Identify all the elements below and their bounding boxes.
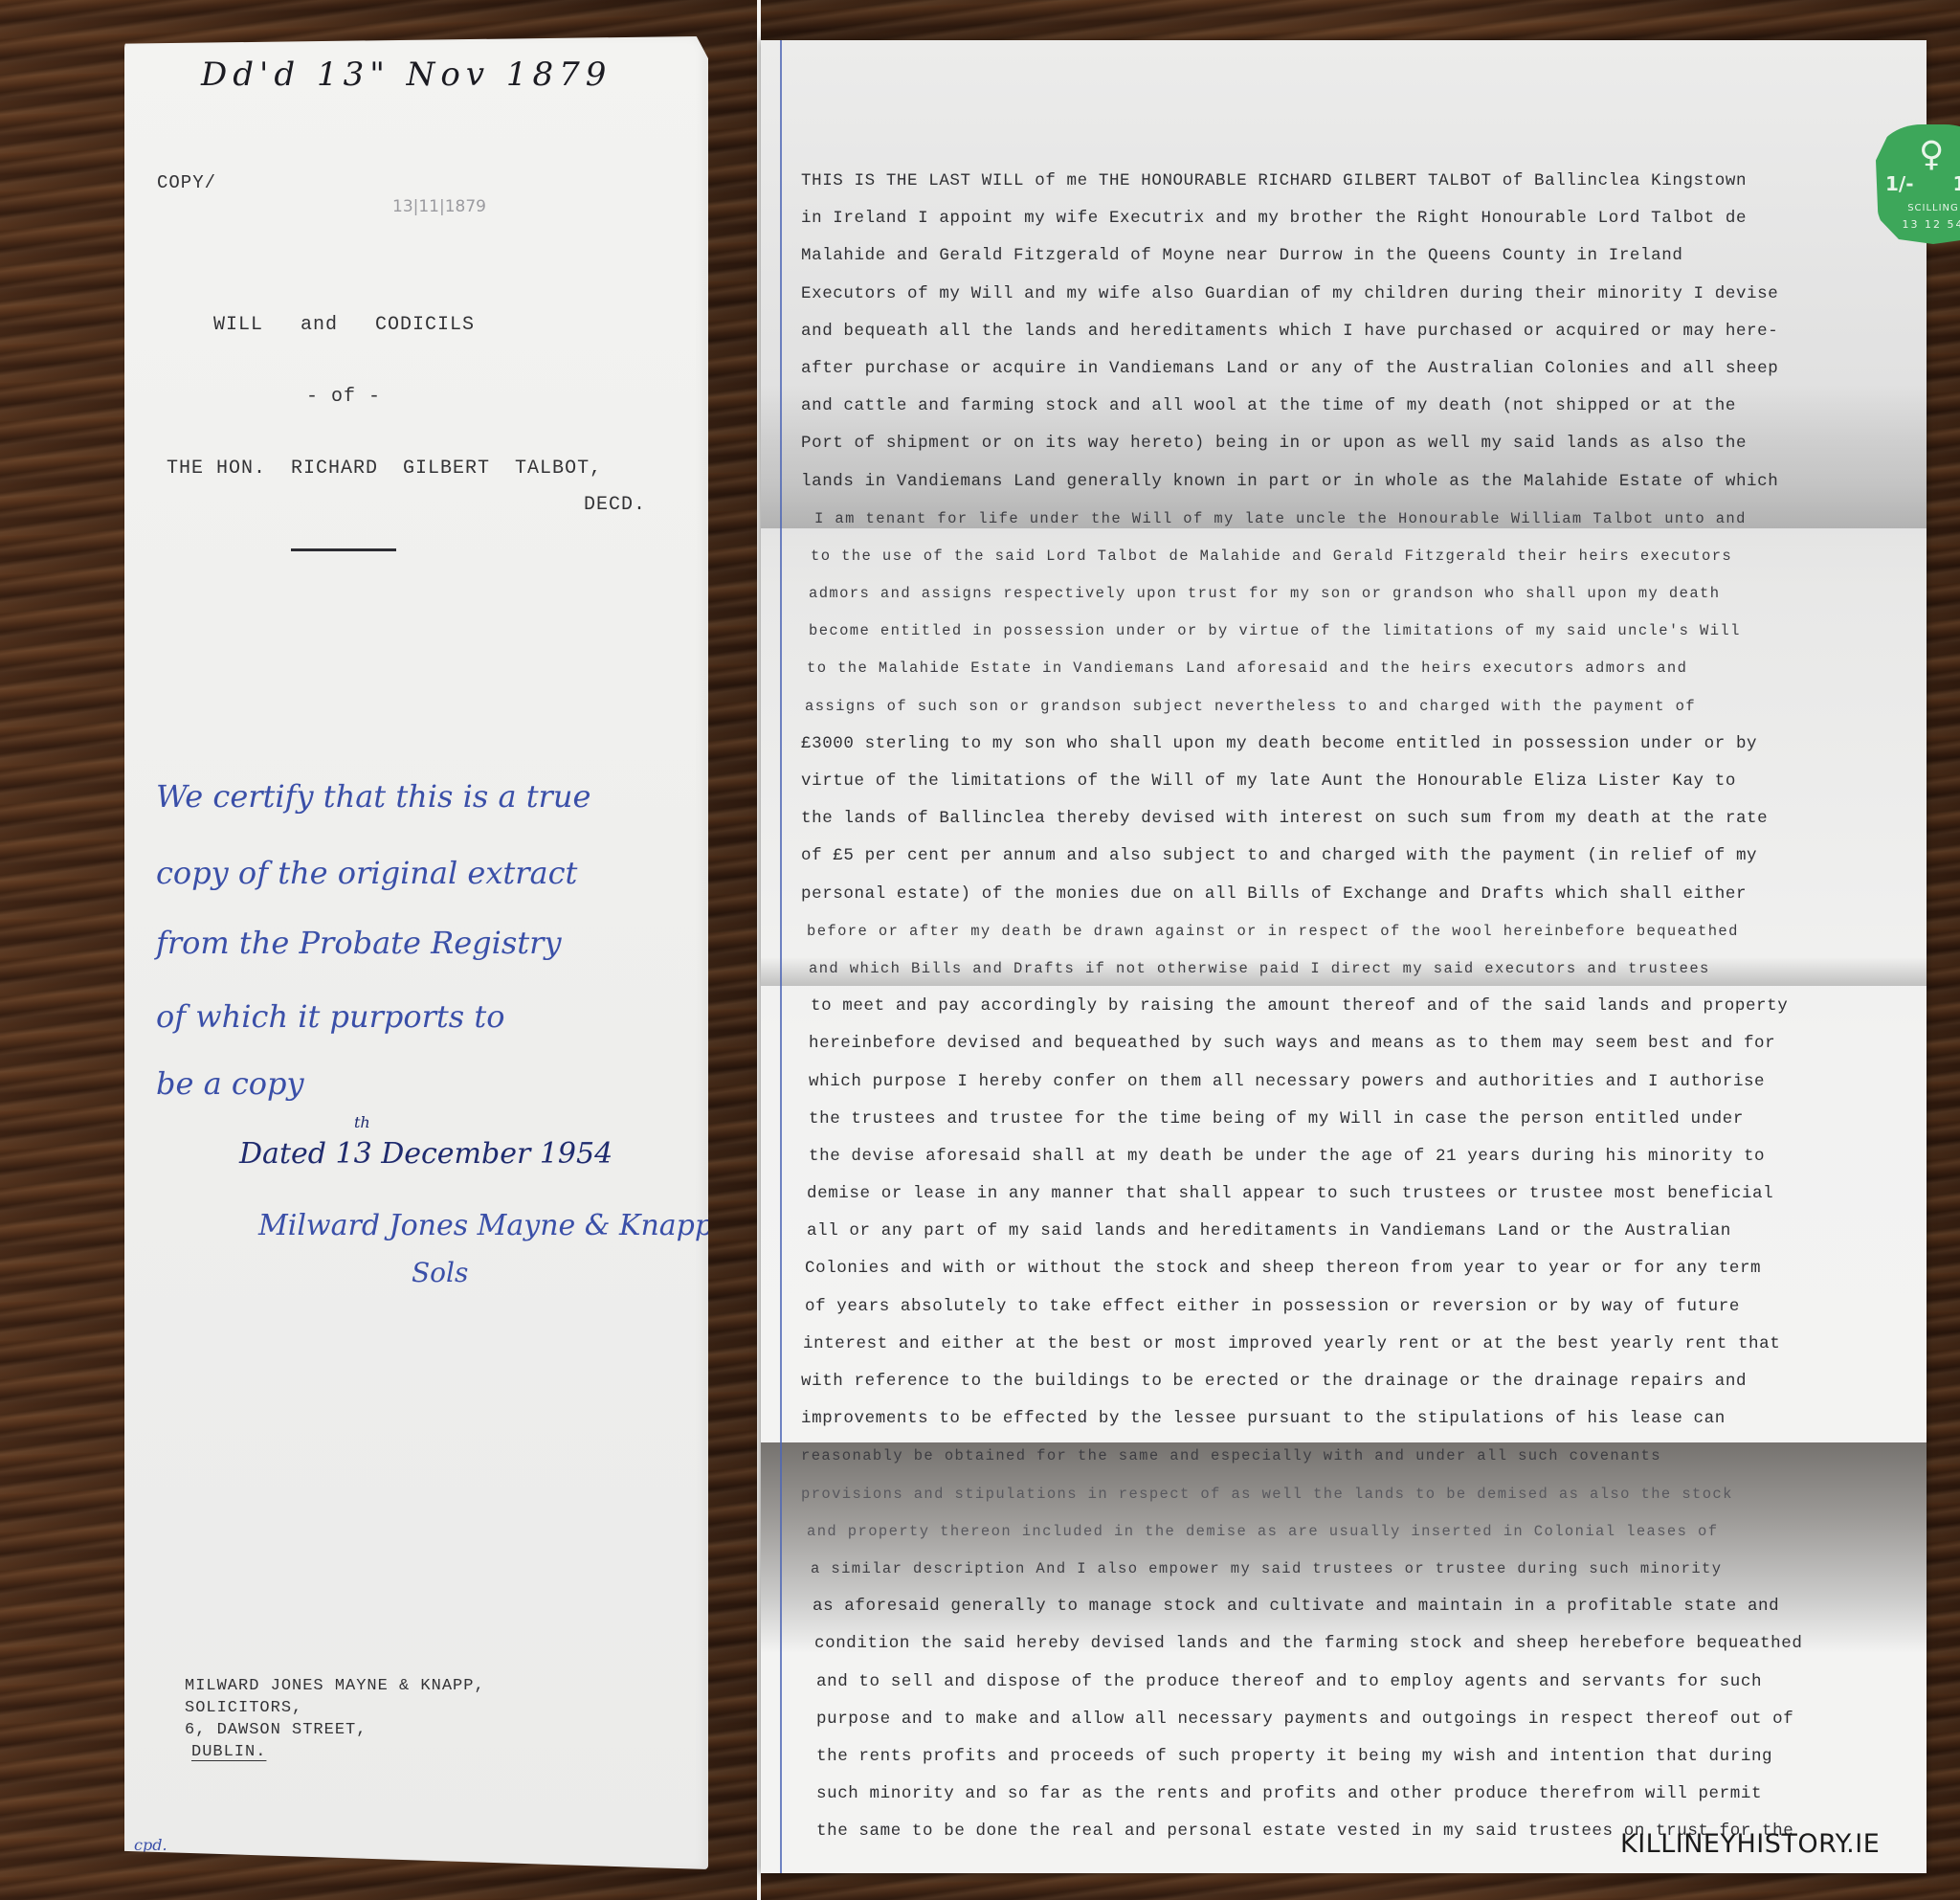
will-text-line: of years absolutely to take effect eithe… [801, 1288, 1902, 1326]
handwritten-date: Dd'd 13" Nov 1879 [201, 56, 612, 94]
title-testator-name: THE HON. RICHARD GILBERT TALBOT, [167, 458, 602, 480]
will-text-line: a similar description And I also empower… [801, 1551, 1902, 1588]
will-text-line: lands in Vandiemans Land generally known… [801, 463, 1902, 501]
will-text-line: all or any part of my said lands and her… [801, 1213, 1902, 1250]
solicitor-address-line: 6, DAWSON STREET, [185, 1721, 367, 1739]
will-text-line: and property thereon included in the dem… [801, 1513, 1902, 1551]
will-text-line: with reference to the buildings to be er… [801, 1363, 1902, 1400]
will-text-line: the trustees and trustee for the time be… [801, 1101, 1902, 1138]
harp-icon: ♀ [1919, 138, 1944, 172]
will-text-line: of £5 per cent per annum and also subjec… [801, 838, 1902, 875]
title-will-and-codicils: WILL and CODICILS [213, 314, 475, 336]
will-text-line: THIS IS THE LAST WILL of me THE HONOURAB… [801, 163, 1902, 200]
will-text-line: and cattle and farming stock and all woo… [801, 388, 1902, 425]
certification-line: We certify that this is a true [156, 778, 590, 815]
revenue-stamp: ♀ 1/- 1/- SCILLING 13 12 54 [1876, 124, 1960, 244]
certification-line: from the Probate Registry [156, 925, 562, 961]
will-text-line: the devise aforesaid shall at my death b… [801, 1138, 1902, 1175]
certification-line: of which it purports to [156, 998, 505, 1035]
will-text-line: reasonably be obtained for the same and … [801, 1438, 1902, 1475]
will-text-line: Colonies and with or without the stock a… [801, 1250, 1902, 1287]
title-of: - of - [306, 386, 381, 408]
will-text-line: before or after my death be drawn agains… [801, 913, 1902, 950]
pencil-date: 13|11|1879 [392, 197, 486, 216]
dated-line: Dated 13 December 1954 [239, 1137, 612, 1171]
will-text-line: hereinbefore devised and bequeathed by s… [801, 1025, 1902, 1062]
will-text-line: provisions and stipulations in respect o… [801, 1476, 1902, 1513]
will-text-line: purpose and to make and allow all necess… [801, 1701, 1902, 1738]
will-text-line: to meet and pay accordingly by raising t… [801, 988, 1902, 1025]
solicitor-address-line: DUBLIN. [191, 1743, 266, 1761]
title-underline [291, 548, 396, 551]
copy-label: COPY/ [157, 172, 216, 193]
signature-suffix: Sols [412, 1257, 468, 1288]
will-text-line: admors and assigns respectively upon tru… [801, 575, 1902, 613]
will-text-line: improvements to be effected by the lesse… [801, 1400, 1902, 1438]
will-text-line: and which Bills and Drafts if not otherw… [801, 950, 1902, 988]
will-text-line: Port of shipment or on its way hereto) b… [801, 425, 1902, 462]
title-deceased: DECD. [584, 494, 646, 516]
will-text-line: and bequeath all the lands and hereditam… [801, 313, 1902, 350]
will-text-line: condition the said hereby devised lands … [801, 1625, 1902, 1663]
will-text-line: the rents profits and proceeds of such p… [801, 1738, 1902, 1776]
will-text-line: to the use of the said Lord Talbot de Ma… [801, 538, 1902, 575]
will-text-line: I am tenant for life under the Will of m… [801, 501, 1902, 538]
will-text-line: such minority and so far as the rents an… [801, 1776, 1902, 1813]
will-text-line: after purchase or acquire in Vandiemans … [801, 350, 1902, 388]
will-text-line: become entitled in possession under or b… [801, 613, 1902, 650]
certification-line: be a copy [156, 1065, 304, 1102]
will-text-line: virtue of the limitations of the Will of… [801, 763, 1902, 800]
will-text-line: as aforesaid generally to manage stock a… [801, 1588, 1902, 1625]
will-text-line: £3000 sterling to my son who shall upon … [801, 726, 1902, 763]
will-text-line: demise or lease in any manner that shall… [801, 1175, 1902, 1213]
will-text: THIS IS THE LAST WILL of me THE HONOURAB… [801, 163, 1902, 1850]
site-watermark: KILLINEYHISTORY.IE [1620, 1829, 1880, 1859]
will-text-line: to the Malahide Estate in Vandiemans Lan… [801, 650, 1902, 687]
stamp-value-right: 1/- [1952, 172, 1960, 195]
solicitor-address-line: MILWARD JONES MAYNE & KNAPP, [185, 1677, 485, 1695]
stamp-value-left: 1/- [1885, 172, 1914, 195]
will-text-line: Malahide and Gerald Fitzgerald of Moyne … [801, 237, 1902, 275]
will-text-line: the lands of Ballinclea thereby devised … [801, 800, 1902, 838]
will-cover-sheet: Dd'd 13" Nov 1879 COPY/ 13|11|1879 WILL … [124, 36, 708, 1869]
will-text-line: assigns of such son or grandson subject … [801, 688, 1902, 726]
will-text-line: interest and either at the best or most … [801, 1326, 1902, 1363]
will-text-line: personal estate) of the monies due on al… [801, 876, 1902, 913]
will-text-line: in Ireland I appoint my wife Executrix a… [801, 200, 1902, 237]
margin-line [780, 40, 782, 1873]
certification-line: copy of the original extract [156, 855, 577, 891]
will-text-line: and to sell and dispose of the produce t… [801, 1664, 1902, 1701]
will-page: THIS IS THE LAST WILL of me THE HONOURAB… [761, 40, 1927, 1873]
will-text-line: Executors of my Will and my wife also Gu… [801, 276, 1902, 313]
stamp-denomination: SCILLING [1876, 203, 1960, 213]
solicitor-signature: Milward Jones Mayne & Knapp [258, 1209, 713, 1242]
dated-superscript: th [354, 1113, 370, 1131]
initials: cpd. [134, 1836, 167, 1854]
will-text-line: which purpose I hereby confer on them al… [801, 1063, 1902, 1101]
solicitor-address-line: SOLICITORS, [185, 1699, 302, 1717]
